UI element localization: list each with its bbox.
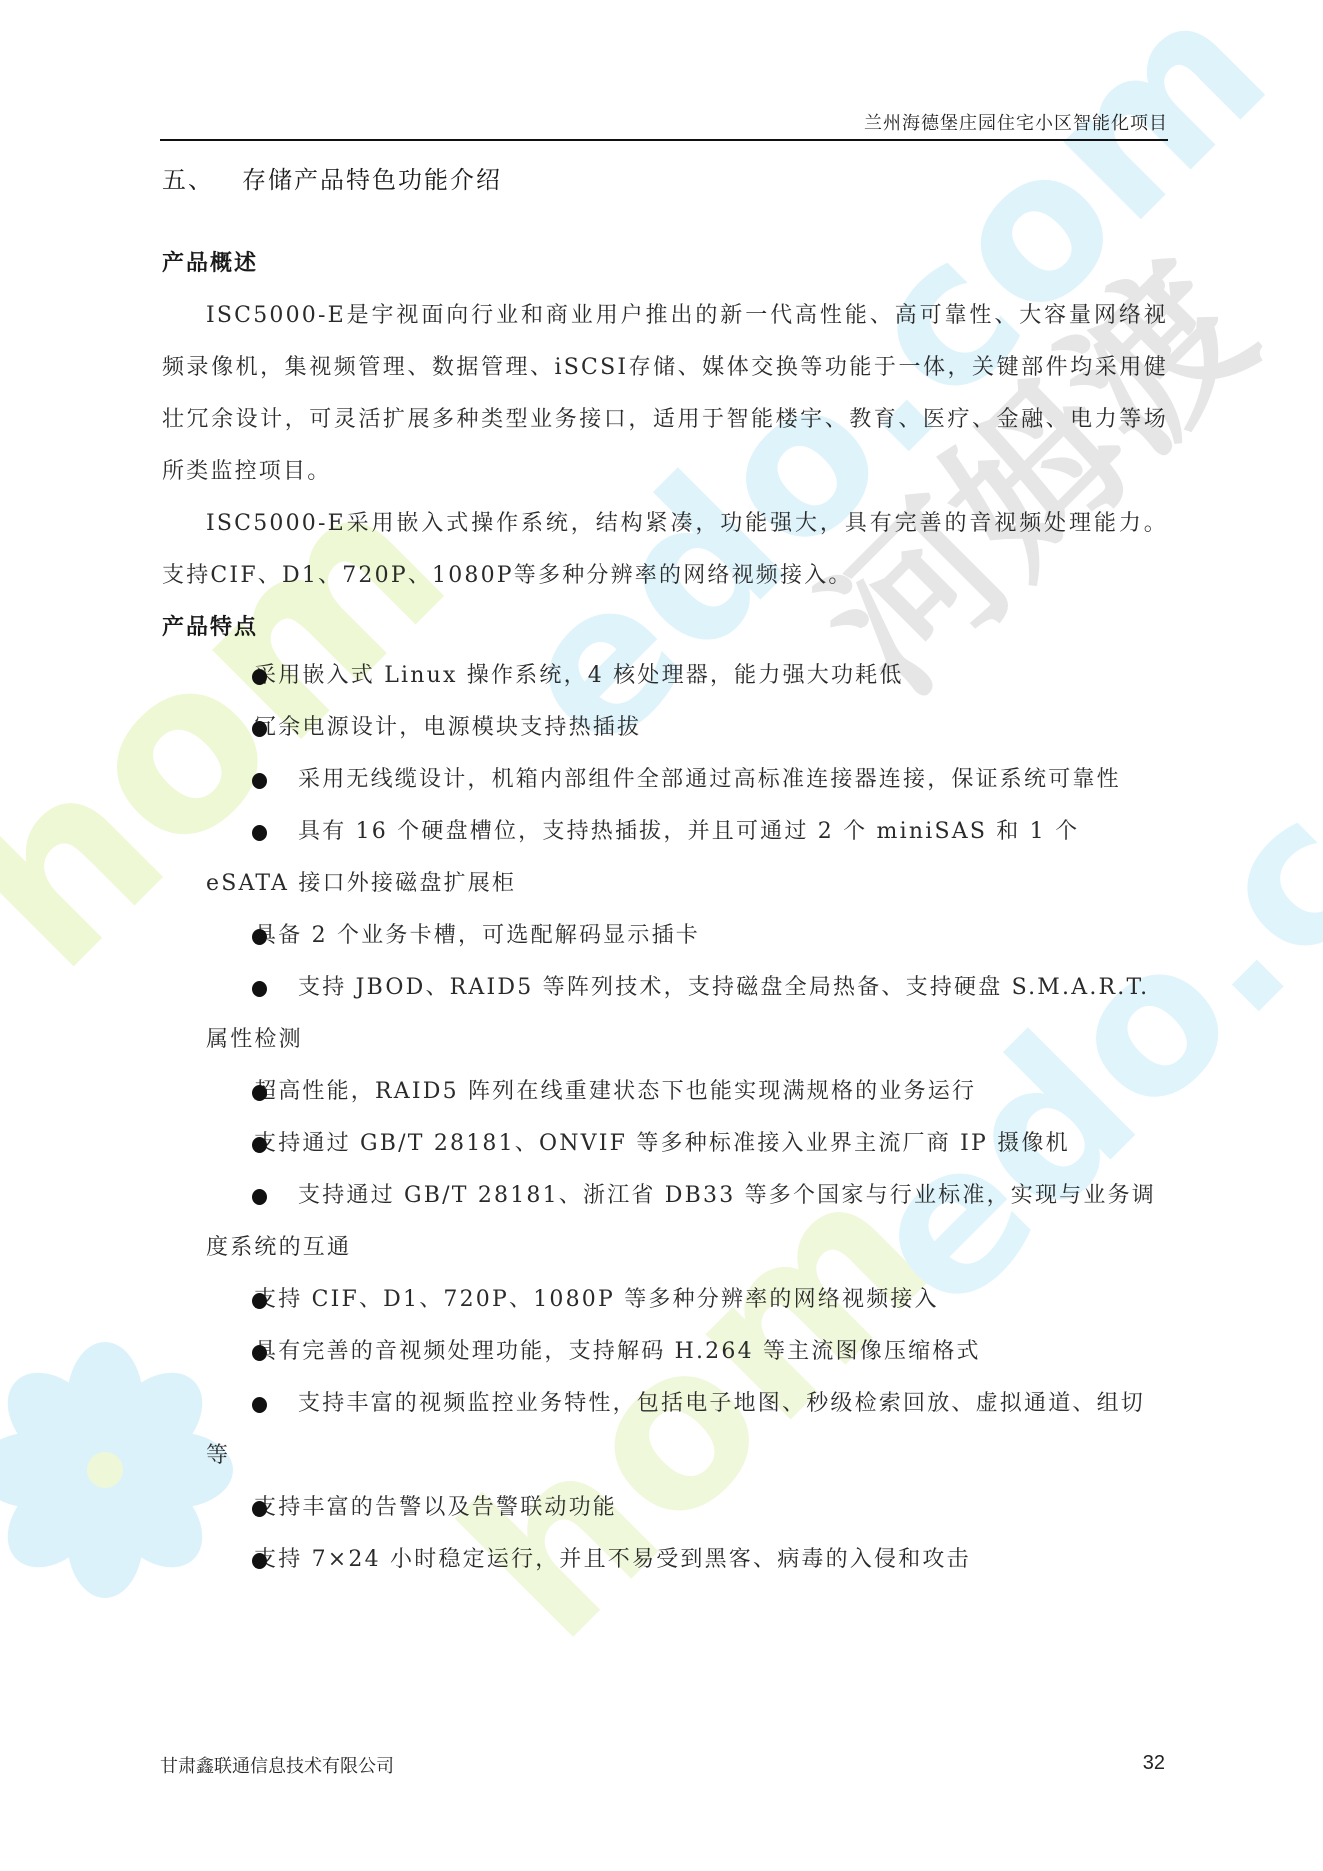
bullet-icon <box>252 1085 267 1101</box>
bullet-icon <box>252 773 267 789</box>
bullet-icon <box>252 721 267 737</box>
feature-item: 支持 7×24 小时稳定运行，并且不易受到黑客、病毒的入侵和攻击 <box>162 1534 1168 1586</box>
feature-item: 具有 16 个硬盘槽位，支持热插拔，并且可通过 2 个 miniSAS 和 1 … <box>162 806 1168 910</box>
header-divider <box>160 139 1168 141</box>
bullet-icon <box>252 1553 267 1569</box>
page-number: 32 <box>1143 1752 1165 1775</box>
bullet-icon <box>252 981 267 997</box>
overview-heading: 产品概述 <box>162 246 258 277</box>
feature-item: 支持通过 GB/T 28181、浙江省 DB33 等多个国家与行业标准，实现与业… <box>162 1170 1168 1274</box>
feature-item: 支持通过 GB/T 28181、ONVIF 等多种标准接入业界主流厂商 IP 摄… <box>162 1118 1168 1170</box>
section-title: 存储产品特色功能介绍 <box>242 166 502 194</box>
feature-item: 冗余电源设计，电源模块支持热插拔 <box>162 702 1168 754</box>
bullet-icon <box>252 1293 267 1309</box>
feature-item: 支持丰富的视频监控业务特性，包括电子地图、秒级检索回放、虚拟通道、组切等 <box>162 1378 1168 1482</box>
overview-paragraph-1: ISC5000-E是宇视面向行业和商业用户推出的新一代高性能、高可靠性、大容量网… <box>162 290 1168 498</box>
document-page: 兰州海德堡庄园住宅小区智能化项目 五、存储产品特色功能介绍 产品概述 ISC50… <box>0 0 1323 1871</box>
section-heading: 五、存储产品特色功能介绍 <box>162 160 502 195</box>
feature-item: 采用嵌入式 Linux 操作系统，4 核处理器，能力强大功耗低 <box>162 650 1168 702</box>
overview-paragraph-2: ISC5000-E采用嵌入式操作系统，结构紧凑，功能强大，具有完善的音视频处理能… <box>162 498 1168 602</box>
feature-item: 超高性能，RAID5 阵列在线重建状态下也能实现满规格的业务运行 <box>162 1066 1168 1118</box>
header-project-title: 兰州海德堡庄园住宅小区智能化项目 <box>864 109 1168 135</box>
features-list: 采用嵌入式 Linux 操作系统，4 核处理器，能力强大功耗低 冗余电源设计，电… <box>162 650 1168 1586</box>
bullet-icon <box>252 825 267 841</box>
bullet-icon <box>252 929 267 945</box>
bullet-icon <box>252 1189 267 1205</box>
section-number: 五、 <box>162 160 242 195</box>
feature-item: 支持 JBOD、RAID5 等阵列技术，支持磁盘全局热备、支持硬盘 S.M.A.… <box>162 962 1168 1066</box>
features-heading: 产品特点 <box>162 610 258 641</box>
feature-item: 采用无线缆设计，机箱内部组件全部通过高标准连接器连接，保证系统可靠性 <box>162 754 1168 806</box>
feature-item: 支持丰富的告警以及告警联动功能 <box>162 1482 1168 1534</box>
bullet-icon <box>252 1501 267 1517</box>
bullet-icon <box>252 1345 267 1361</box>
bullet-icon <box>252 1397 267 1413</box>
feature-item: 支持 CIF、D1、720P、1080P 等多种分辨率的网络视频接入 <box>162 1274 1168 1326</box>
feature-item: 具备 2 个业务卡槽，可选配解码显示插卡 <box>162 910 1168 962</box>
bullet-icon <box>252 669 267 685</box>
feature-item: 具有完善的音视频处理功能，支持解码 H.264 等主流图像压缩格式 <box>162 1326 1168 1378</box>
bullet-icon <box>252 1137 267 1153</box>
footer-company: 甘肃鑫联通信息技术有限公司 <box>160 1752 394 1778</box>
